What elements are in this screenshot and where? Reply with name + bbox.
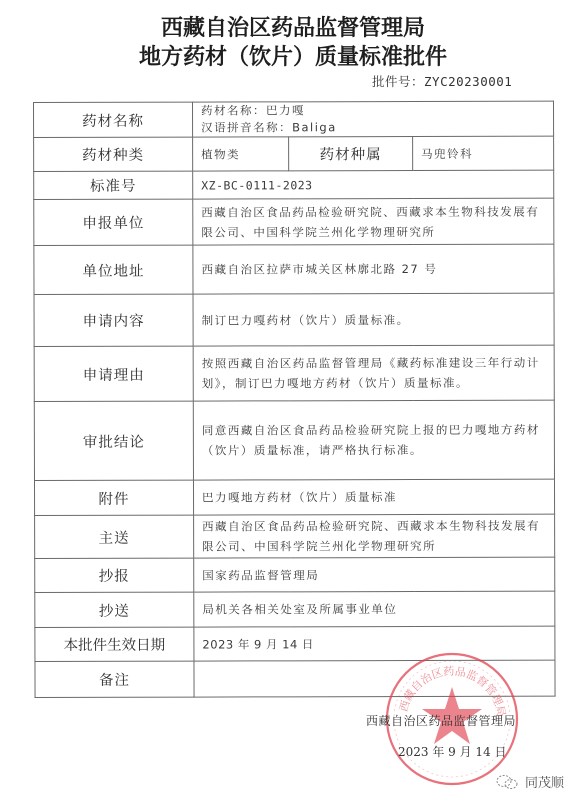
label-material-type: 药材种类 bbox=[34, 137, 193, 171]
row-attachment: 附件 巴力嘎地方药材（饮片）质量标准 bbox=[34, 479, 554, 515]
value-approval-conclusion: 同意西藏自治区食品药品检验研究院上报的巴力嘎地方药材（饮片）质量标准，请严格执行… bbox=[193, 400, 554, 480]
row-material-type: 药材种类 植物类 药材种属 马兜铃科 bbox=[34, 136, 554, 171]
value-standard-no: XZ-BC-0111-2023 bbox=[193, 170, 554, 199]
document-title-line1: 西藏自治区药品监督管理局 bbox=[0, 11, 586, 42]
document-number-label: 批件号： bbox=[372, 74, 424, 89]
row-report-to: 抄报 国家药品监督管理局 bbox=[35, 557, 555, 592]
label-address: 单位地址 bbox=[34, 245, 193, 294]
label-approval-conclusion: 审批结论 bbox=[34, 401, 193, 480]
value-attachment: 巴力嘎地方药材（饮片）质量标准 bbox=[193, 479, 554, 515]
row-address: 单位地址 西藏自治区拉萨市城关区林廓北路 27 号 bbox=[34, 244, 554, 294]
label-material-name: 药材名称 bbox=[34, 102, 193, 137]
label-material-genus: 药材种属 bbox=[289, 137, 413, 171]
row-applicant: 申报单位 西藏自治区食品药品检验研究院、西藏求本生物科技发展有限公司、中国科学院… bbox=[34, 198, 554, 245]
label-applicant: 申报单位 bbox=[34, 199, 193, 245]
row-material-name: 药材名称 药材名称：巴力嘎 汉语拼音名称：Baliga bbox=[34, 101, 554, 137]
signing-organization: 西藏自治区药品监督管理局 bbox=[366, 712, 516, 729]
approval-form-table: 药材名称 药材名称：巴力嘎 汉语拼音名称：Baliga 药材种类 植物类 药材种… bbox=[33, 101, 556, 698]
label-attachment: 附件 bbox=[34, 480, 193, 515]
value-application-reason: 按照西藏自治区药品监督管理局《藏药标准建设三年行动计划》，制订巴力嘎地方药材（饮… bbox=[193, 345, 554, 401]
material-pinyin-line: 汉语拼音名称：Baliga bbox=[201, 119, 545, 137]
value-application-content: 制订巴力嘎药材（饮片）质量标准。 bbox=[193, 293, 554, 346]
label-report-to: 抄报 bbox=[35, 558, 194, 592]
label-standard-no: 标准号 bbox=[34, 171, 193, 199]
document-number: 批件号：ZYC20230001 bbox=[372, 72, 512, 90]
row-approval-conclusion: 审批结论 同意西藏自治区食品药品检验研究院上报的巴力嘎地方药材（饮片）质量标准，… bbox=[34, 400, 554, 480]
value-report-to: 国家药品监督管理局 bbox=[194, 557, 555, 592]
row-application-content: 申请内容 制订巴力嘎药材（饮片）质量标准。 bbox=[34, 293, 554, 346]
wechat-icon bbox=[495, 773, 519, 791]
watermark-text: 同茂顺 bbox=[525, 772, 564, 791]
label-main-recipient: 主送 bbox=[35, 515, 194, 558]
document-number-value: ZYC20230001 bbox=[424, 74, 512, 89]
standard-no-text: XZ-BC-0111-2023 bbox=[201, 178, 312, 192]
signing-date: 2023 年 9 月 14 日 bbox=[398, 743, 507, 760]
label-copy-to: 抄送 bbox=[35, 592, 194, 627]
value-material-type: 植物类 bbox=[193, 137, 289, 171]
row-standard-no: 标准号 XZ-BC-0111-2023 bbox=[34, 170, 554, 199]
value-copy-to: 局机关各相关处室及所属事业单位 bbox=[194, 591, 555, 627]
row-main-recipient: 主送 西藏自治区食品药品检验研究院、西藏求本生物科技发展有限公司、中国科学院兰州… bbox=[35, 514, 555, 558]
material-name-line: 药材名称：巴力嘎 bbox=[201, 102, 545, 120]
row-application-reason: 申请理由 按照西藏自治区药品监督管理局《藏药标准建设三年行动计划》，制订巴力嘎地… bbox=[34, 345, 554, 401]
label-application-reason: 申请理由 bbox=[34, 346, 193, 401]
row-copy-to: 抄送 局机关各相关处室及所属事业单位 bbox=[35, 591, 555, 627]
value-address: 西藏自治区拉萨市城关区林廓北路 27 号 bbox=[193, 244, 554, 294]
watermark: 同茂顺 bbox=[495, 772, 564, 791]
label-remarks: 备注 bbox=[35, 661, 194, 697]
document-title-line2: 地方药材（饮片）质量标准批件 bbox=[0, 40, 586, 71]
label-application-content: 申请内容 bbox=[34, 294, 193, 346]
value-material-genus: 马兜铃科 bbox=[413, 136, 554, 170]
value-main-recipient: 西藏自治区食品药品检验研究院、西藏求本生物科技发展有限公司、中国科学院兰州化学物… bbox=[194, 514, 555, 558]
value-applicant: 西藏自治区食品药品检验研究院、西藏求本生物科技发展有限公司、中国科学院兰州化学物… bbox=[193, 198, 554, 245]
value-material-name: 药材名称：巴力嘎 汉语拼音名称：Baliga bbox=[193, 101, 554, 137]
label-effective-date: 本批件生效日期 bbox=[35, 627, 194, 661]
